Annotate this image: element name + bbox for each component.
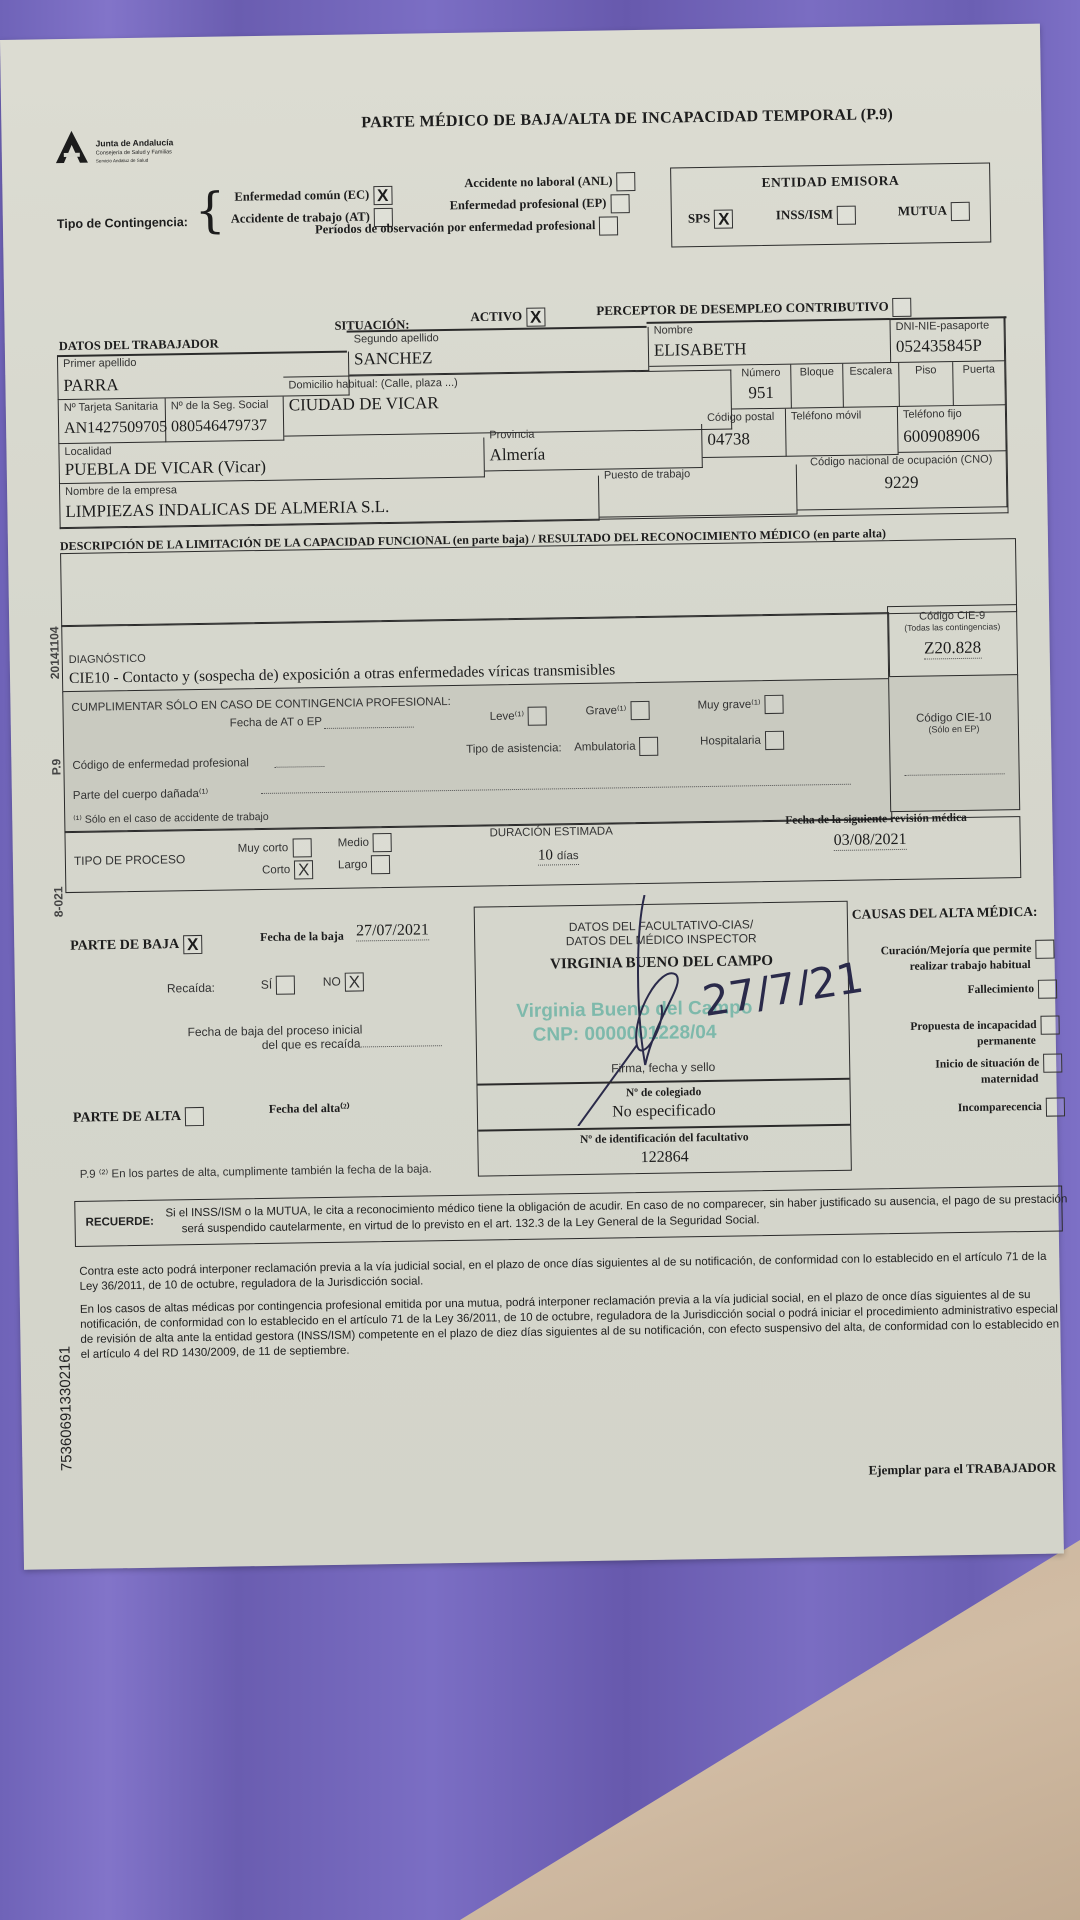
checkbox-muy-grave[interactable]: [765, 695, 784, 714]
fecha-at-ep-input[interactable]: [324, 727, 414, 729]
facultativo-id-value: 122864: [479, 1146, 851, 1170]
entidad-sps[interactable]: SPSX: [688, 210, 734, 230]
checkbox-observacion[interactable]: [599, 216, 618, 235]
colegiado-value: No especificado: [478, 1100, 850, 1124]
checkbox-ep[interactable]: [610, 194, 629, 213]
field-dni[interactable]: DNI-NIE-pasaporte 052435845P: [890, 317, 1005, 363]
medical-leave-form: Junta de Andalucía Consejería de Salud y…: [0, 24, 1064, 1570]
recuerde-box: RECUERDE: Si el INSS/ISM o la MUTUA, le …: [74, 1185, 1063, 1247]
checkbox-corto[interactable]: X: [294, 860, 313, 879]
checkbox-parte-alta[interactable]: [185, 1107, 204, 1126]
medio-option[interactable]: Medio: [338, 833, 393, 853]
field-bloque[interactable]: Bloque: [791, 364, 844, 409]
contingencia-label: Tipo de Contingencia:: [57, 215, 188, 231]
checkbox-recaida-no[interactable]: X: [345, 972, 364, 991]
checkbox-inss[interactable]: [837, 206, 856, 225]
field-seg-social[interactable]: Nº de la Seg. Social 080546479737: [166, 397, 285, 443]
fecha-proceso-inicial-input[interactable]: [356, 1045, 442, 1047]
org-sub2: Servicio Andaluz de Salud: [96, 158, 148, 164]
checkbox-grave[interactable]: [630, 701, 649, 720]
checkbox-maternidad[interactable]: [1043, 1053, 1062, 1072]
checkbox-anl[interactable]: [616, 172, 635, 191]
revision-date-field[interactable]: 03/08/2021: [834, 831, 907, 851]
checkbox-parte-baja[interactable]: X: [183, 935, 202, 954]
field-telefono-fijo[interactable]: Teléfono fijo 600908906: [898, 405, 1007, 453]
field-puesto[interactable]: Puesto de trabajo: [599, 465, 798, 518]
cie10-field[interactable]: Código CIE-10 (Sólo en EP): [888, 674, 1020, 812]
field-puerta[interactable]: Puerta: [953, 361, 1006, 406]
checkbox-medio[interactable]: [373, 833, 392, 852]
causa-fallecimiento[interactable]: Fallecimiento: [855, 980, 1057, 1002]
causa-incomparecencia[interactable]: Incomparecencia: [857, 1097, 1065, 1119]
checkbox-fallecimiento[interactable]: [1038, 980, 1057, 999]
field-codigo-postal[interactable]: Código postal 04738: [702, 409, 787, 458]
parte-alta-option[interactable]: PARTE DE ALTA: [73, 1107, 204, 1128]
entidad-emisora-box: ENTIDAD EMISORA SPSX INSS/ISM MUTUA: [670, 162, 991, 247]
checkbox-curacion[interactable]: [1035, 940, 1054, 959]
checkbox-ambulatoria[interactable]: [639, 737, 658, 756]
checkbox-mutua[interactable]: [951, 202, 970, 221]
fecha-baja-field[interactable]: 27/07/2021: [356, 921, 429, 941]
entidad-inss[interactable]: INSS/ISM: [776, 206, 856, 226]
barcode-number: 7536069133021​61: [57, 1346, 76, 1471]
org-sub: Consejería de Salud y Familias: [96, 149, 172, 156]
field-empresa[interactable]: Nombre de la empresa LIMPIEZAS INDALICAS…: [59, 476, 600, 529]
legal-paragraph-1: Contra este acto podrá interponer reclam…: [79, 1249, 1067, 1295]
contingencia-observacion[interactable]: Períodos de observación por enfermedad p…: [315, 216, 619, 240]
checkbox-incapacidad[interactable]: [1040, 1015, 1059, 1034]
margin-code-p9: P.9: [49, 759, 63, 776]
checkbox-perceptor[interactable]: [893, 298, 912, 317]
largo-option[interactable]: Largo: [338, 855, 391, 875]
corto-option[interactable]: CortoX: [262, 860, 313, 880]
checkbox-ec[interactable]: X: [373, 186, 392, 205]
hospitalaria-option[interactable]: Hospitalaria: [700, 731, 784, 751]
causas-title: CAUSAS DEL ALTA MÉDICA:: [852, 904, 1038, 923]
field-localidad[interactable]: Localidad PUEBLA DE VICAR (Vicar): [58, 437, 485, 484]
org-name: Junta de Andalucía: [96, 137, 174, 148]
margin-code-date: 20141104: [47, 626, 62, 679]
codigo-ep-input[interactable]: [274, 766, 324, 768]
leve-option[interactable]: Leve⁽¹⁾: [490, 706, 548, 726]
field-nombre[interactable]: Nombre ELISABETH: [649, 319, 892, 367]
field-segundo-apellido[interactable]: Segundo apellido SANCHEZ: [349, 327, 650, 376]
causa-curacion[interactable]: Curación/Mejoría que permite realizar tr…: [854, 940, 1054, 974]
entidad-title: ENTIDAD EMISORA: [671, 171, 989, 192]
duracion-estimada-field[interactable]: 10 días: [538, 846, 579, 866]
field-cno[interactable]: Código nacional de ocupación (CNO) 9229: [797, 451, 1008, 510]
junta-andalucia-logo: [53, 129, 90, 171]
facultativo-box: DATOS DEL FACULTATIVO-CIAS/ DATOS DEL MÉ…: [474, 901, 852, 1177]
logo-a-icon: [53, 129, 90, 166]
causa-maternidad[interactable]: Inicio de situación de maternidad: [856, 1053, 1062, 1087]
field-tarjeta-sanitaria[interactable]: Nº Tarjeta Sanitaria AN1427509705: [58, 398, 167, 444]
parte-cuerpo-input[interactable]: [261, 784, 851, 794]
checkbox-incomparecencia[interactable]: [1046, 1097, 1065, 1116]
margin-code-model: 8-021: [51, 886, 65, 917]
contingencia-ec[interactable]: Enfermedad común (EC)X: [234, 186, 392, 207]
recaida-no-option[interactable]: NOX: [323, 972, 364, 992]
causa-incapacidad[interactable]: Propuesta de incapacidad permanente: [855, 1015, 1059, 1049]
form-title: PARTE MÉDICO DE BAJA/ALTA DE INCAPACIDAD…: [361, 106, 893, 132]
ejemplar-label: Ejemplar para el TRABAJADOR: [868, 1460, 1056, 1479]
contingencia-profesional-section: CUMPLIMENTAR SÓLO EN CASO DE CONTINGENCI…: [62, 678, 892, 833]
checkbox-recaida-si[interactable]: [276, 975, 295, 994]
entidad-mutua[interactable]: MUTUA: [898, 202, 970, 222]
field-escalera[interactable]: Escalera: [843, 363, 900, 408]
muy-grave-option[interactable]: Muy grave⁽¹⁾: [697, 695, 783, 715]
checkbox-leve[interactable]: [528, 706, 547, 725]
contingencia-anl[interactable]: Accidente no laboral (ANL): [464, 172, 636, 194]
parte-baja-option[interactable]: PARTE DE BAJAX: [70, 935, 202, 956]
background-skin: [460, 1540, 1080, 1920]
legal-paragraph-2: En los casos de altas médicas por contin…: [80, 1287, 1071, 1363]
muy-corto-option[interactable]: Muy corto: [238, 838, 312, 858]
field-provincia[interactable]: Provincia Almería: [484, 424, 703, 471]
checkbox-sps[interactable]: X: [714, 210, 733, 229]
cie9-field[interactable]: Código CIE-9 (Todas las contingencias) Z…: [887, 604, 1018, 678]
checkbox-largo[interactable]: [371, 855, 390, 874]
contingencia-ep[interactable]: Enfermedad profesional (EP): [450, 194, 630, 216]
ambulatoria-option[interactable]: Ambulatoria: [574, 737, 659, 757]
recaida-si-option[interactable]: SÍ: [261, 975, 296, 995]
checkbox-hospitalaria[interactable]: [765, 731, 784, 750]
field-piso[interactable]: Piso: [899, 362, 954, 407]
checkbox-muy-corto[interactable]: [292, 838, 311, 857]
grave-option[interactable]: Grave⁽¹⁾: [585, 701, 649, 721]
field-numero[interactable]: Número 951: [731, 365, 792, 410]
field-telefono-movil[interactable]: Teléfono móvil: [786, 407, 899, 457]
brace-icon: {: [194, 186, 225, 234]
